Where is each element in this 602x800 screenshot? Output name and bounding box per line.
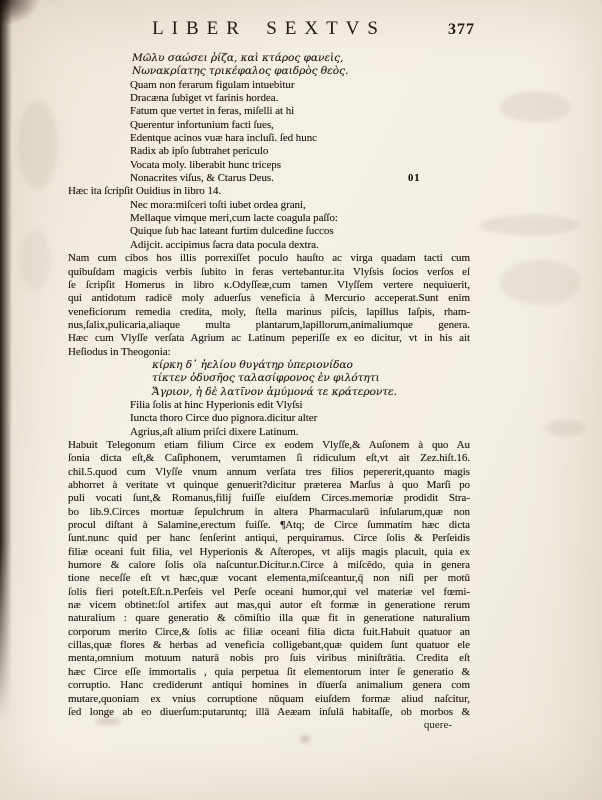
text-line: Querentur infortunium facti ſues, bbox=[68, 119, 470, 132]
text-line: abhorret à veritate vt quinque genuerit?… bbox=[68, 479, 470, 492]
scan-corner-shadow bbox=[0, 0, 40, 26]
text-line: ſe ſcripſit Homerus in libro κ.Odyſſeæ,c… bbox=[68, 279, 470, 292]
text-line: Quique ſub hac lateant furtim dulcedine … bbox=[68, 225, 470, 238]
page-header: LIBER SEXTVS bbox=[68, 18, 470, 40]
bleedthrough-mark bbox=[545, 420, 585, 436]
catchword: quere- bbox=[68, 719, 470, 733]
text-line: ſonia dicta eſt,& Caſiphonem, verumtamen… bbox=[68, 452, 470, 465]
text-line: κίρκη δ᾽ ἠελίου θυγάτηρ ὑπεριονίδαο bbox=[68, 359, 470, 372]
text-line: procul diſtant à Salamine,erectum fuiſſe… bbox=[68, 519, 470, 532]
text-line: quibuſdam magicis verbis ſubito in feras… bbox=[68, 266, 470, 279]
bleedthrough-mark bbox=[20, 230, 50, 290]
text-line: tione neceſſe eſt vt hæc,quæ vocant elem… bbox=[68, 572, 470, 585]
text-line: hæc Circe eſſe immortalis , quia perpetu… bbox=[68, 666, 470, 679]
text-line: veneficiorum remedia credita, moly, ſtel… bbox=[68, 306, 470, 319]
text-line: mutare,quoniam ex vnius corruptione nūqu… bbox=[68, 693, 470, 706]
text-line: qui antidotum radicē moly aduerſus venef… bbox=[68, 292, 470, 305]
text-line: Hæc cum Vlyſſe verſata Agrium ac Latinum… bbox=[68, 332, 470, 345]
text-line: Agrius,aſt alium priſci dixere Latinum. bbox=[68, 426, 470, 439]
page-paper: LIBER SEXTVS 377 Μῶλυ σαώσει ῥίζα, καὶ κ… bbox=[0, 0, 602, 800]
text-line: Νωνακρίατης τρικέφαλος φαιδρὸς θεὸς. bbox=[68, 65, 470, 78]
text-block: Μῶλυ σαώσει ῥίζα, καὶ κτάρος φανεὶς,Νωνα… bbox=[68, 52, 470, 733]
text-line: Filia ſolis at hinc Hyperionis edit Vlyſ… bbox=[68, 399, 470, 412]
text-line: Ἄγριον, ἠ δὲ λατῖνον ἀμύμονά τε κράτερον… bbox=[68, 386, 470, 399]
text-line: Hæc ita ſcripſit Ouidius in libro 14. bbox=[68, 185, 470, 198]
text-line: Μῶλυ σαώσει ῥίζα, καὶ κτάρος φανεὶς, bbox=[68, 52, 470, 65]
bleedthrough-mark bbox=[300, 735, 310, 743]
margin-line-number: 01 bbox=[408, 172, 442, 185]
text-line: cillas,quæ flores & herbas ad veneficia … bbox=[68, 639, 470, 652]
text-line: Quam non ferarum figulam intuebitur bbox=[68, 79, 470, 92]
text-line: Nam cum cibos hos illis porrexiſſet pocu… bbox=[68, 252, 470, 265]
text-line: naturalium : quare generatio & cōmiſtio … bbox=[68, 612, 470, 625]
text-line: Nec mora:miſceri toſti iubet ordea grani… bbox=[68, 199, 470, 212]
text-line: Mellaque vimque meri,cum lacte coagula p… bbox=[68, 212, 470, 225]
text-line: Edentque acinos vuæ hara incluſi. ſed hu… bbox=[68, 132, 470, 145]
text-line: nus,ſalix,pulicaria,aliaque multa planta… bbox=[68, 319, 470, 332]
page-header-title: LIBER SEXTVS bbox=[152, 18, 386, 39]
bleedthrough-mark bbox=[18, 100, 58, 190]
bleedthrough-mark bbox=[500, 92, 570, 122]
text-line: Nonacrites viſus, & Ctarus Deus.01 bbox=[68, 172, 470, 185]
text-line: humore & calore ſolis oīa naſcuntur.Dici… bbox=[68, 559, 470, 572]
bleedthrough-mark bbox=[480, 215, 580, 235]
text-line: puli vocati ſunt,& Romanus,filij fuiſſe … bbox=[68, 492, 470, 505]
page-number: 377 bbox=[448, 21, 475, 39]
text-line: Heſiodus in Theogonia: bbox=[68, 346, 470, 359]
text-line: filiæ oceani fuit filia, vel Hyperionis … bbox=[68, 546, 470, 559]
text-line: Dracæna ſubiget vt farinis hordea. bbox=[68, 92, 470, 105]
text-line: Radix ab ipſo ſubtrahet periculo bbox=[68, 145, 470, 158]
text-line: corruptio. Hanc crediderunt antiqui homi… bbox=[68, 679, 470, 692]
text-line: ſed longe ab eo diuerſum:putaruntq; illā… bbox=[68, 706, 470, 719]
text-line: næ vicem obtinet:ſol artifex aut mas,qui… bbox=[68, 599, 470, 612]
text-line: Adijcit. accipimus ſacra data pocula dex… bbox=[68, 239, 470, 252]
bleedthrough-mark bbox=[500, 260, 580, 305]
text-line: Iuncta thoro Circe duo pignora.dicitur a… bbox=[68, 412, 470, 425]
text-line: ſolis fieri poteſt.Eſt.n.Perſeis vel Per… bbox=[68, 586, 470, 599]
text-line: corporum merito Circe,& ſolis ac filiæ o… bbox=[68, 626, 470, 639]
text-line: τίκτεν ὀδυσῆος ταλασίφρονος ἐν φιλότητι bbox=[68, 372, 470, 385]
text-line: menta,omnium motuum naturā nobis pro ſui… bbox=[68, 652, 470, 665]
text-line: ſunt.nunc quid per hanc ſenſerint antiqu… bbox=[68, 532, 470, 545]
text-line: Vocata moly. liberabit hunc triceps bbox=[68, 159, 470, 172]
text-line: bo lib.9.Circes mortuæ ſepulchrum in alt… bbox=[68, 506, 470, 519]
text-line: Fatum que vertet in feras, miſelli at hi bbox=[68, 105, 470, 118]
text-line: Habuit Telegonum etiam filium Circe ex e… bbox=[68, 439, 470, 452]
text-line: chil.5.quod cum Vlyſſe vnum annum verſat… bbox=[68, 466, 470, 479]
scan-edge-shadow bbox=[0, 0, 12, 800]
